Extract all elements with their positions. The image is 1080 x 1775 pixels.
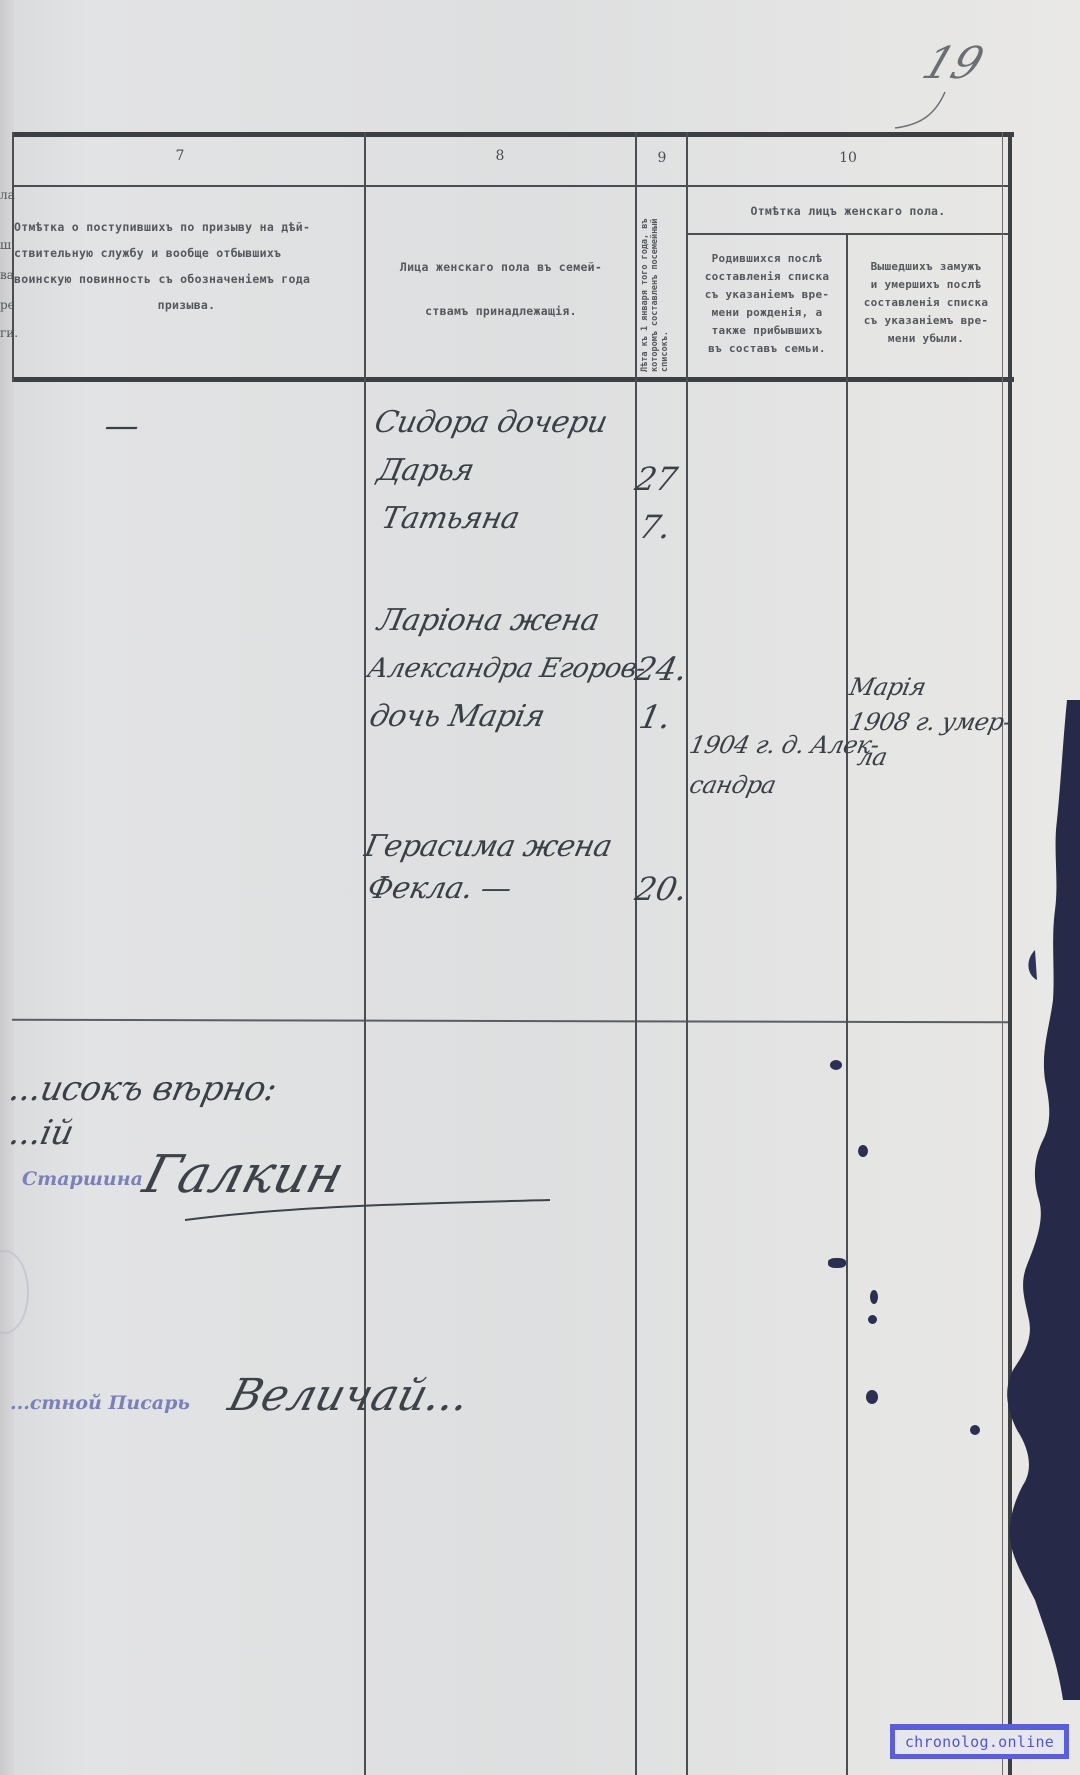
col10a-header: Родившихся послѣ составленія списка съ у… <box>690 250 844 358</box>
col10b-header: Вышедшихъ замужъ и умершихъ послѣ состав… <box>850 258 1002 348</box>
col10b-header-line: съ указаніемъ вре- <box>850 312 1002 330</box>
row1-age: 27 <box>632 460 681 498</box>
col7-col8-divider <box>364 132 366 1775</box>
col10a-header-line: мени рожденія, а <box>690 304 844 322</box>
col10-header-title: Отмѣтка лицъ женскаго пола. <box>690 196 1006 226</box>
row1-col8-line: Сидора дочери <box>371 402 611 444</box>
col10a-header-line: Родившихся послѣ <box>690 250 844 268</box>
row3-col8-line: Фекла. — <box>364 868 516 910</box>
watermark-badge: chronolog.online <box>890 1724 1069 1759</box>
col10a-header-line: составленія списка <box>690 268 844 286</box>
clerk-signature: Величай... <box>223 1370 475 1421</box>
page-number: 19 <box>916 38 991 89</box>
left-margin-fragment: ш <box>0 238 11 252</box>
col10a-col10b-divider <box>846 233 848 1775</box>
table-top-border <box>12 132 1014 137</box>
row2-col8-line: Ларіона жена <box>374 600 603 642</box>
col10b-header-line: составленія списка <box>850 294 1002 312</box>
row1-col8-line: Татьяна <box>378 498 524 540</box>
seal-icon <box>0 1250 29 1334</box>
row2-age: 1. <box>636 698 675 736</box>
col9-header: Лѣта къ 1 января того года, въ которомъ … <box>640 192 684 372</box>
column-number-row-divider <box>12 185 1012 187</box>
row1-col7-dash: — <box>101 405 143 447</box>
row2-col10b-line: 1908 г. умер- <box>847 707 1014 737</box>
row3-age: 20. <box>632 870 691 908</box>
header-bottom-border <box>12 377 1014 382</box>
row2-col10a-line: сандра <box>687 770 779 800</box>
row3-col8-line: Герасима жена <box>361 826 616 868</box>
ink-spot-icon <box>858 1145 868 1157</box>
elder-stamp: Старшина <box>22 1168 143 1190</box>
col10a-header-line: съ указаніемъ вре- <box>690 286 844 304</box>
row2-col8-line: Александра Егоров- <box>364 648 650 690</box>
ink-blot-icon <box>1005 700 1080 1700</box>
col10a-header-line: въ составъ семьи. <box>690 340 844 358</box>
column-number-10: 10 <box>828 150 868 166</box>
clerk-stamp: ...стной Писарь <box>10 1392 190 1414</box>
column-number-8: 8 <box>480 148 520 164</box>
col10a-header-line: также прибывшихъ <box>690 322 844 340</box>
row1-col8-line: Дарья <box>374 450 478 492</box>
col7-header-line: призыва. <box>14 292 359 318</box>
col10b-header-line: и умершихъ послѣ <box>850 276 1002 294</box>
table-body-bottom-rule <box>12 1019 1012 1024</box>
row2-col10b-line: Марія <box>847 672 929 702</box>
col9-col10-divider <box>686 132 688 1775</box>
row2-col8-line: дочь Марія <box>366 696 549 738</box>
ink-spot-icon <box>830 1060 842 1070</box>
row1-age: 7. <box>636 508 675 546</box>
column-number-9: 9 <box>640 150 684 166</box>
row2-age: 24. <box>632 650 691 688</box>
col7-header-line: ствительную службу и вообще отбывшихъ <box>14 240 359 266</box>
col10-subheader-divider <box>688 233 1010 235</box>
col8-col9-divider <box>635 132 637 1775</box>
ink-spot-icon <box>870 1290 878 1304</box>
col10b-header-line: Вышедшихъ замужъ <box>850 258 1002 276</box>
ink-spot-icon <box>828 1258 846 1268</box>
ink-spot-icon <box>866 1390 878 1404</box>
col7-header-line: Отмѣтка о поступившихъ по призыву на дѣй… <box>14 214 359 240</box>
col7-header-line: воинскую повинность съ обозначеніемъ год… <box>14 266 359 292</box>
elder-signature-underline <box>180 1195 560 1235</box>
ink-spot-icon <box>970 1425 980 1435</box>
page-number-flourish <box>890 90 950 130</box>
col8-header-line: Лица женскаго пола въ семей- <box>368 245 634 289</box>
ink-spot-icon <box>868 1315 877 1324</box>
row2-col10b-line: ла <box>855 742 890 772</box>
certification-handwritten-line2: ...ій <box>6 1112 78 1154</box>
certification-handwritten-line1: ...исокъ вѣрно: <box>6 1068 281 1110</box>
right-border-inner <box>1002 132 1003 1775</box>
left-margin-fragment: ги. <box>0 326 18 340</box>
col8-header-line: ствамъ принадлежащія. <box>368 289 634 333</box>
col7-header: Отмѣтка о поступившихъ по призыву на дѣй… <box>14 214 359 318</box>
col10b-header-line: мени убыли. <box>850 330 1002 348</box>
column-number-7: 7 <box>160 148 200 164</box>
col8-header: Лица женскаго пола въ семей- ствамъ прин… <box>368 245 634 333</box>
watermark-text: chronolog.online <box>895 1730 1064 1754</box>
